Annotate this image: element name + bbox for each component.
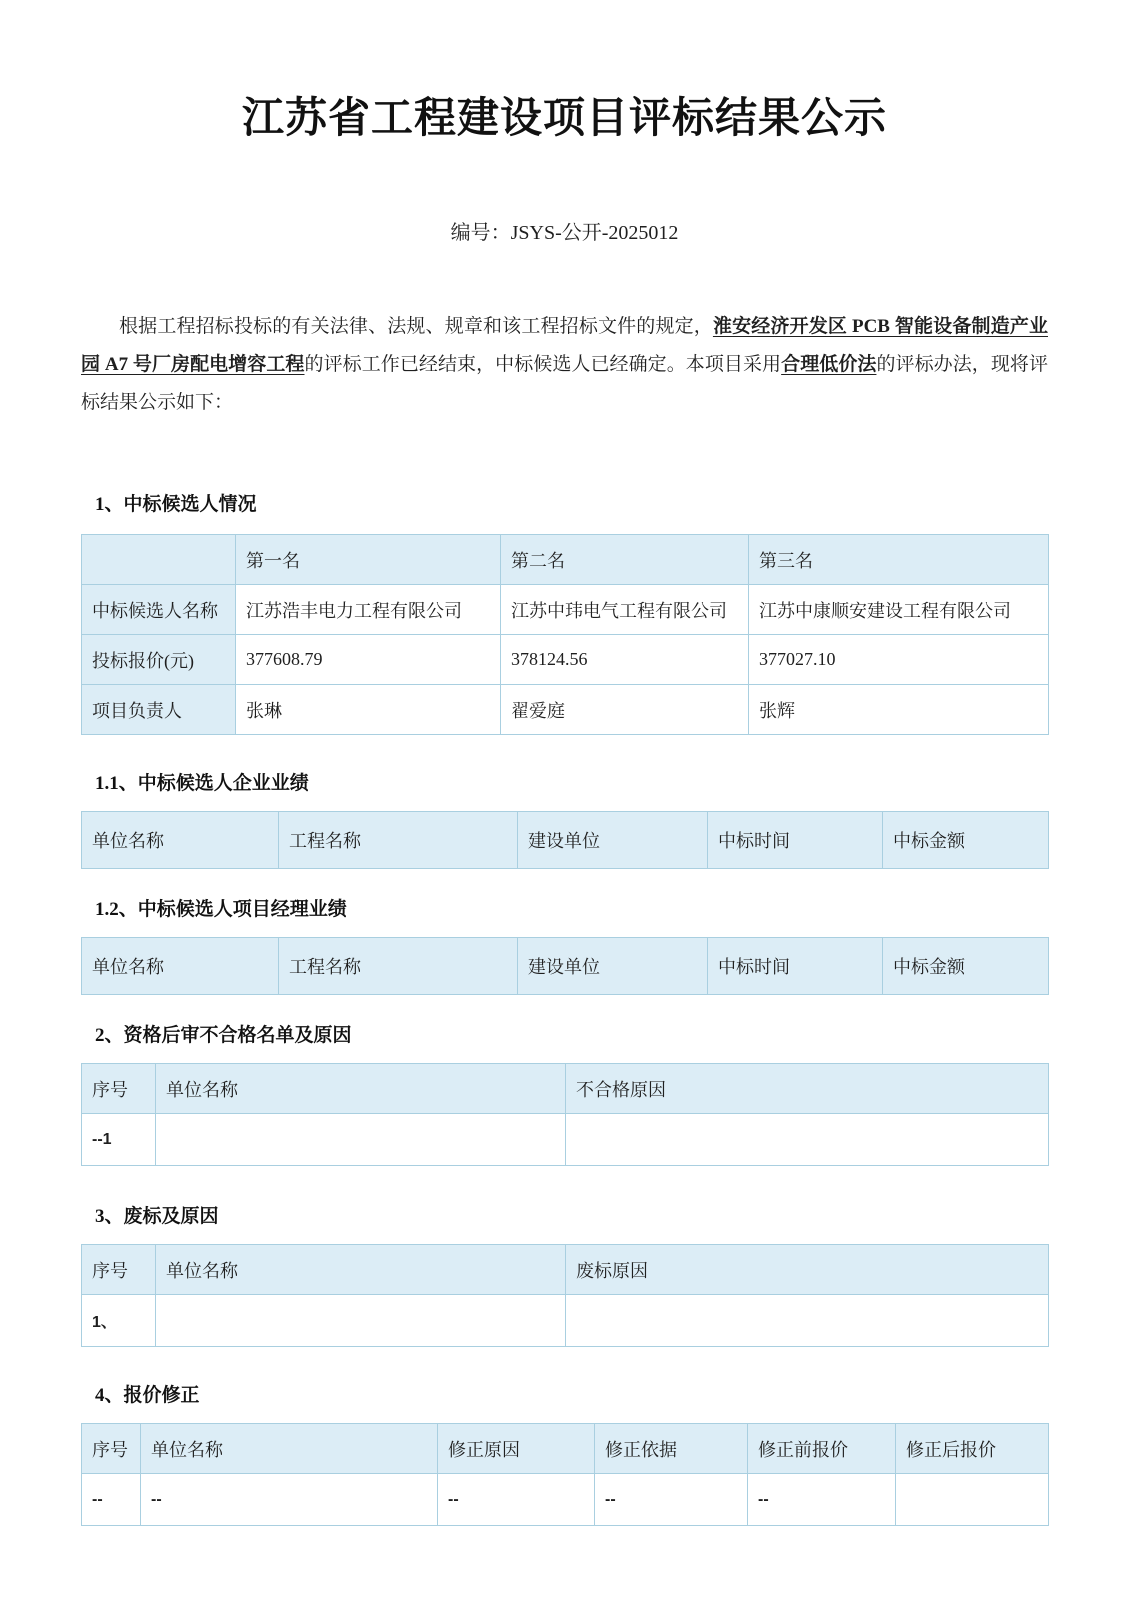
table-header-row: 序号 单位名称 废标原因	[82, 1245, 1049, 1295]
unit-name-cell: --	[141, 1474, 438, 1526]
table-header-row: 单位名称 工程名称 建设单位 中标时间 中标金额	[82, 812, 1049, 869]
enterprise-performance-table: 单位名称 工程名称 建设单位 中标时间 中标金额	[81, 811, 1049, 869]
header-cell-award-amount: 中标金额	[883, 938, 1049, 995]
section-4-heading: 4、报价修正	[81, 1383, 1048, 1409]
header-cell-award-amount: 中标金额	[883, 812, 1049, 869]
header-cell-correction-reason: 修正原因	[438, 1424, 595, 1474]
price-correction-table: 序号 单位名称 修正原因 修正依据 修正前报价 修正后报价 -- -- -- -…	[81, 1423, 1049, 1526]
candidate-1-price: 377608.79	[236, 635, 501, 685]
table-row: --1	[82, 1114, 1049, 1166]
header-cell-seq: 序号	[82, 1424, 141, 1474]
header-cell-unit-name: 单位名称	[156, 1064, 566, 1114]
header-cell-unit-name: 单位名称	[82, 812, 279, 869]
price-after-cell	[896, 1474, 1049, 1526]
header-cell-rank3: 第三名	[749, 535, 1049, 585]
candidate-1-name: 江苏浩丰电力工程有限公司	[236, 585, 501, 635]
candidate-1-manager: 张琳	[236, 685, 501, 735]
header-cell-reject-reason: 废标原因	[566, 1245, 1049, 1295]
reject-reason-cell	[566, 1295, 1049, 1347]
row-label-cell: 中标候选人名称	[82, 585, 236, 635]
table-header-row: 序号 单位名称 修正原因 修正依据 修正前报价 修正后报价	[82, 1424, 1049, 1474]
disqualified-table: 序号 单位名称 不合格原因 --1	[81, 1063, 1049, 1166]
header-cell-project-name: 工程名称	[279, 812, 518, 869]
page-title: 江苏省工程建设项目评标结果公示	[81, 92, 1048, 146]
seq-cell: --1	[82, 1114, 156, 1166]
intro-lead: 根据工程招标投标的有关法律、法规、规章和该工程招标文件的规定，	[119, 316, 713, 337]
row-label-cell: 投标报价(元)	[82, 635, 236, 685]
candidate-3-price: 377027.10	[749, 635, 1049, 685]
header-cell-rank1: 第一名	[236, 535, 501, 585]
unit-name-cell	[156, 1114, 566, 1166]
table-row: -- -- -- -- --	[82, 1474, 1049, 1526]
header-cell-unit-name: 单位名称	[156, 1245, 566, 1295]
fail-reason-cell	[566, 1114, 1049, 1166]
table-row: 1、	[82, 1295, 1049, 1347]
table-header-row: 第一名 第二名 第三名	[82, 535, 1049, 585]
evaluation-method: 合理低价法	[781, 354, 876, 375]
header-cell-unit-name: 单位名称	[141, 1424, 438, 1474]
intro-mid: 的评标工作已经结束，中标候选人已经确定。本项目采用	[305, 354, 782, 375]
header-cell-rank2: 第二名	[501, 535, 749, 585]
header-cell-award-time: 中标时间	[708, 812, 883, 869]
header-cell-price-after: 修正后报价	[896, 1424, 1049, 1474]
seq-cell: 1、	[82, 1295, 156, 1347]
section-1-2-heading: 1.2、中标候选人项目经理业绩	[81, 897, 1048, 923]
section-1-heading: 1、中标候选人情况	[81, 492, 1048, 518]
correction-reason-cell: --	[438, 1474, 595, 1526]
row-label-cell: 项目负责人	[82, 685, 236, 735]
correction-basis-cell: --	[595, 1474, 748, 1526]
section-2-heading: 2、资格后审不合格名单及原因	[81, 1023, 1048, 1049]
candidate-2-price: 378124.56	[501, 635, 749, 685]
manager-performance-table: 单位名称 工程名称 建设单位 中标时间 中标金额	[81, 937, 1049, 995]
header-cell-unit-name: 单位名称	[82, 938, 279, 995]
document-page: 江苏省工程建设项目评标结果公示 编号：JSYS-公开-2025012 根据工程招…	[0, 92, 1131, 1526]
table-header-row: 序号 单位名称 不合格原因	[82, 1064, 1049, 1114]
winning-candidates-table: 第一名 第二名 第三名 中标候选人名称 江苏浩丰电力工程有限公司 江苏中玮电气工…	[81, 534, 1049, 735]
table-row-bid-price: 投标报价(元) 377608.79 378124.56 377027.10	[82, 635, 1049, 685]
header-cell-correction-basis: 修正依据	[595, 1424, 748, 1474]
candidate-3-name: 江苏中康顺安建设工程有限公司	[749, 585, 1049, 635]
rejected-bids-table: 序号 单位名称 废标原因 1、	[81, 1244, 1049, 1347]
table-row-project-manager: 项目负责人 张琳 翟爱庭 张辉	[82, 685, 1049, 735]
header-cell-project-name: 工程名称	[279, 938, 518, 995]
header-cell-seq: 序号	[82, 1245, 156, 1295]
header-cell-construction-unit: 建设单位	[518, 812, 708, 869]
unit-name-cell	[156, 1295, 566, 1347]
table-row-candidate-name: 中标候选人名称 江苏浩丰电力工程有限公司 江苏中玮电气工程有限公司 江苏中康顺安…	[82, 585, 1049, 635]
candidate-2-manager: 翟爱庭	[501, 685, 749, 735]
candidate-3-manager: 张辉	[749, 685, 1049, 735]
header-cell-fail-reason: 不合格原因	[566, 1064, 1049, 1114]
header-cell-award-time: 中标时间	[708, 938, 883, 995]
table-header-row: 单位名称 工程名称 建设单位 中标时间 中标金额	[82, 938, 1049, 995]
price-before-cell: --	[748, 1474, 896, 1526]
header-cell-blank	[82, 535, 236, 585]
seq-cell: --	[82, 1474, 141, 1526]
section-1-1-heading: 1.1、中标候选人企业业绩	[81, 771, 1048, 797]
section-3-heading: 3、废标及原因	[81, 1204, 1048, 1230]
header-cell-price-before: 修正前报价	[748, 1424, 896, 1474]
intro-paragraph: 根据工程招标投标的有关法律、法规、规章和该工程招标文件的规定，淮安经济开发区 P…	[81, 308, 1048, 422]
candidate-2-name: 江苏中玮电气工程有限公司	[501, 585, 749, 635]
header-cell-seq: 序号	[82, 1064, 156, 1114]
header-cell-construction-unit: 建设单位	[518, 938, 708, 995]
doc-number: 编号：JSYS-公开-2025012	[81, 220, 1048, 246]
